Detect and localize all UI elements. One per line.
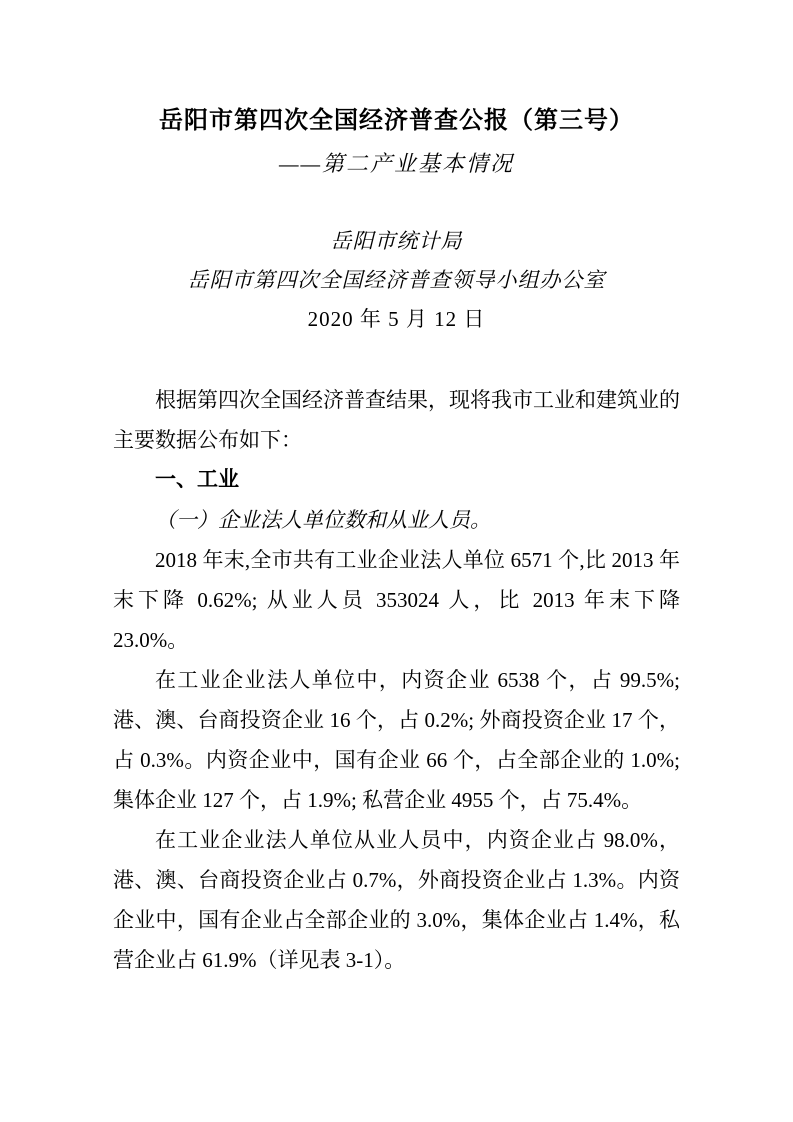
- issuer-line-census-office: 岳阳市第四次全国经济普查领导小组办公室: [113, 261, 680, 300]
- document-page: 岳阳市第四次全国经济普查公报（第三号） ——第二产业基本情况 岳阳市统计局 岳阳…: [0, 0, 793, 1122]
- intro-paragraph: 根据第四次全国经济普查结果，现将我市工业和建筑业的主要数据公布如下：: [113, 380, 680, 460]
- publish-date: 2020 年 5 月 12 日: [113, 300, 680, 339]
- section-subheading-legal-entities: （一）企业法人单位数和从业人员。: [113, 500, 680, 540]
- document-title: 岳阳市第四次全国经济普查公报（第三号）: [113, 102, 680, 140]
- issuer-block: 岳阳市统计局 岳阳市第四次全国经济普查领导小组办公室: [113, 222, 680, 300]
- body-paragraph-employees-breakdown: 在工业企业法人单位从业人员中，内资企业占 98.0%，港、澳、台商投资企业占 0…: [113, 820, 680, 980]
- body-paragraph-units-breakdown: 在工业企业法人单位中，内资企业 6538 个，占 99.5%; 港、澳、台商投资…: [113, 660, 680, 820]
- section-heading-industry: 一、工业: [113, 460, 680, 500]
- issuer-line-statistics-bureau: 岳阳市统计局: [113, 222, 680, 261]
- body-paragraph-units-overview: 2018 年末,全市共有工业企业法人单位 6571 个,比 2013 年末下降 …: [113, 540, 680, 660]
- document-body: 根据第四次全国经济普查结果，现将我市工业和建筑业的主要数据公布如下： 一、工业 …: [113, 380, 680, 980]
- document-subtitle: ——第二产业基本情况: [113, 146, 680, 182]
